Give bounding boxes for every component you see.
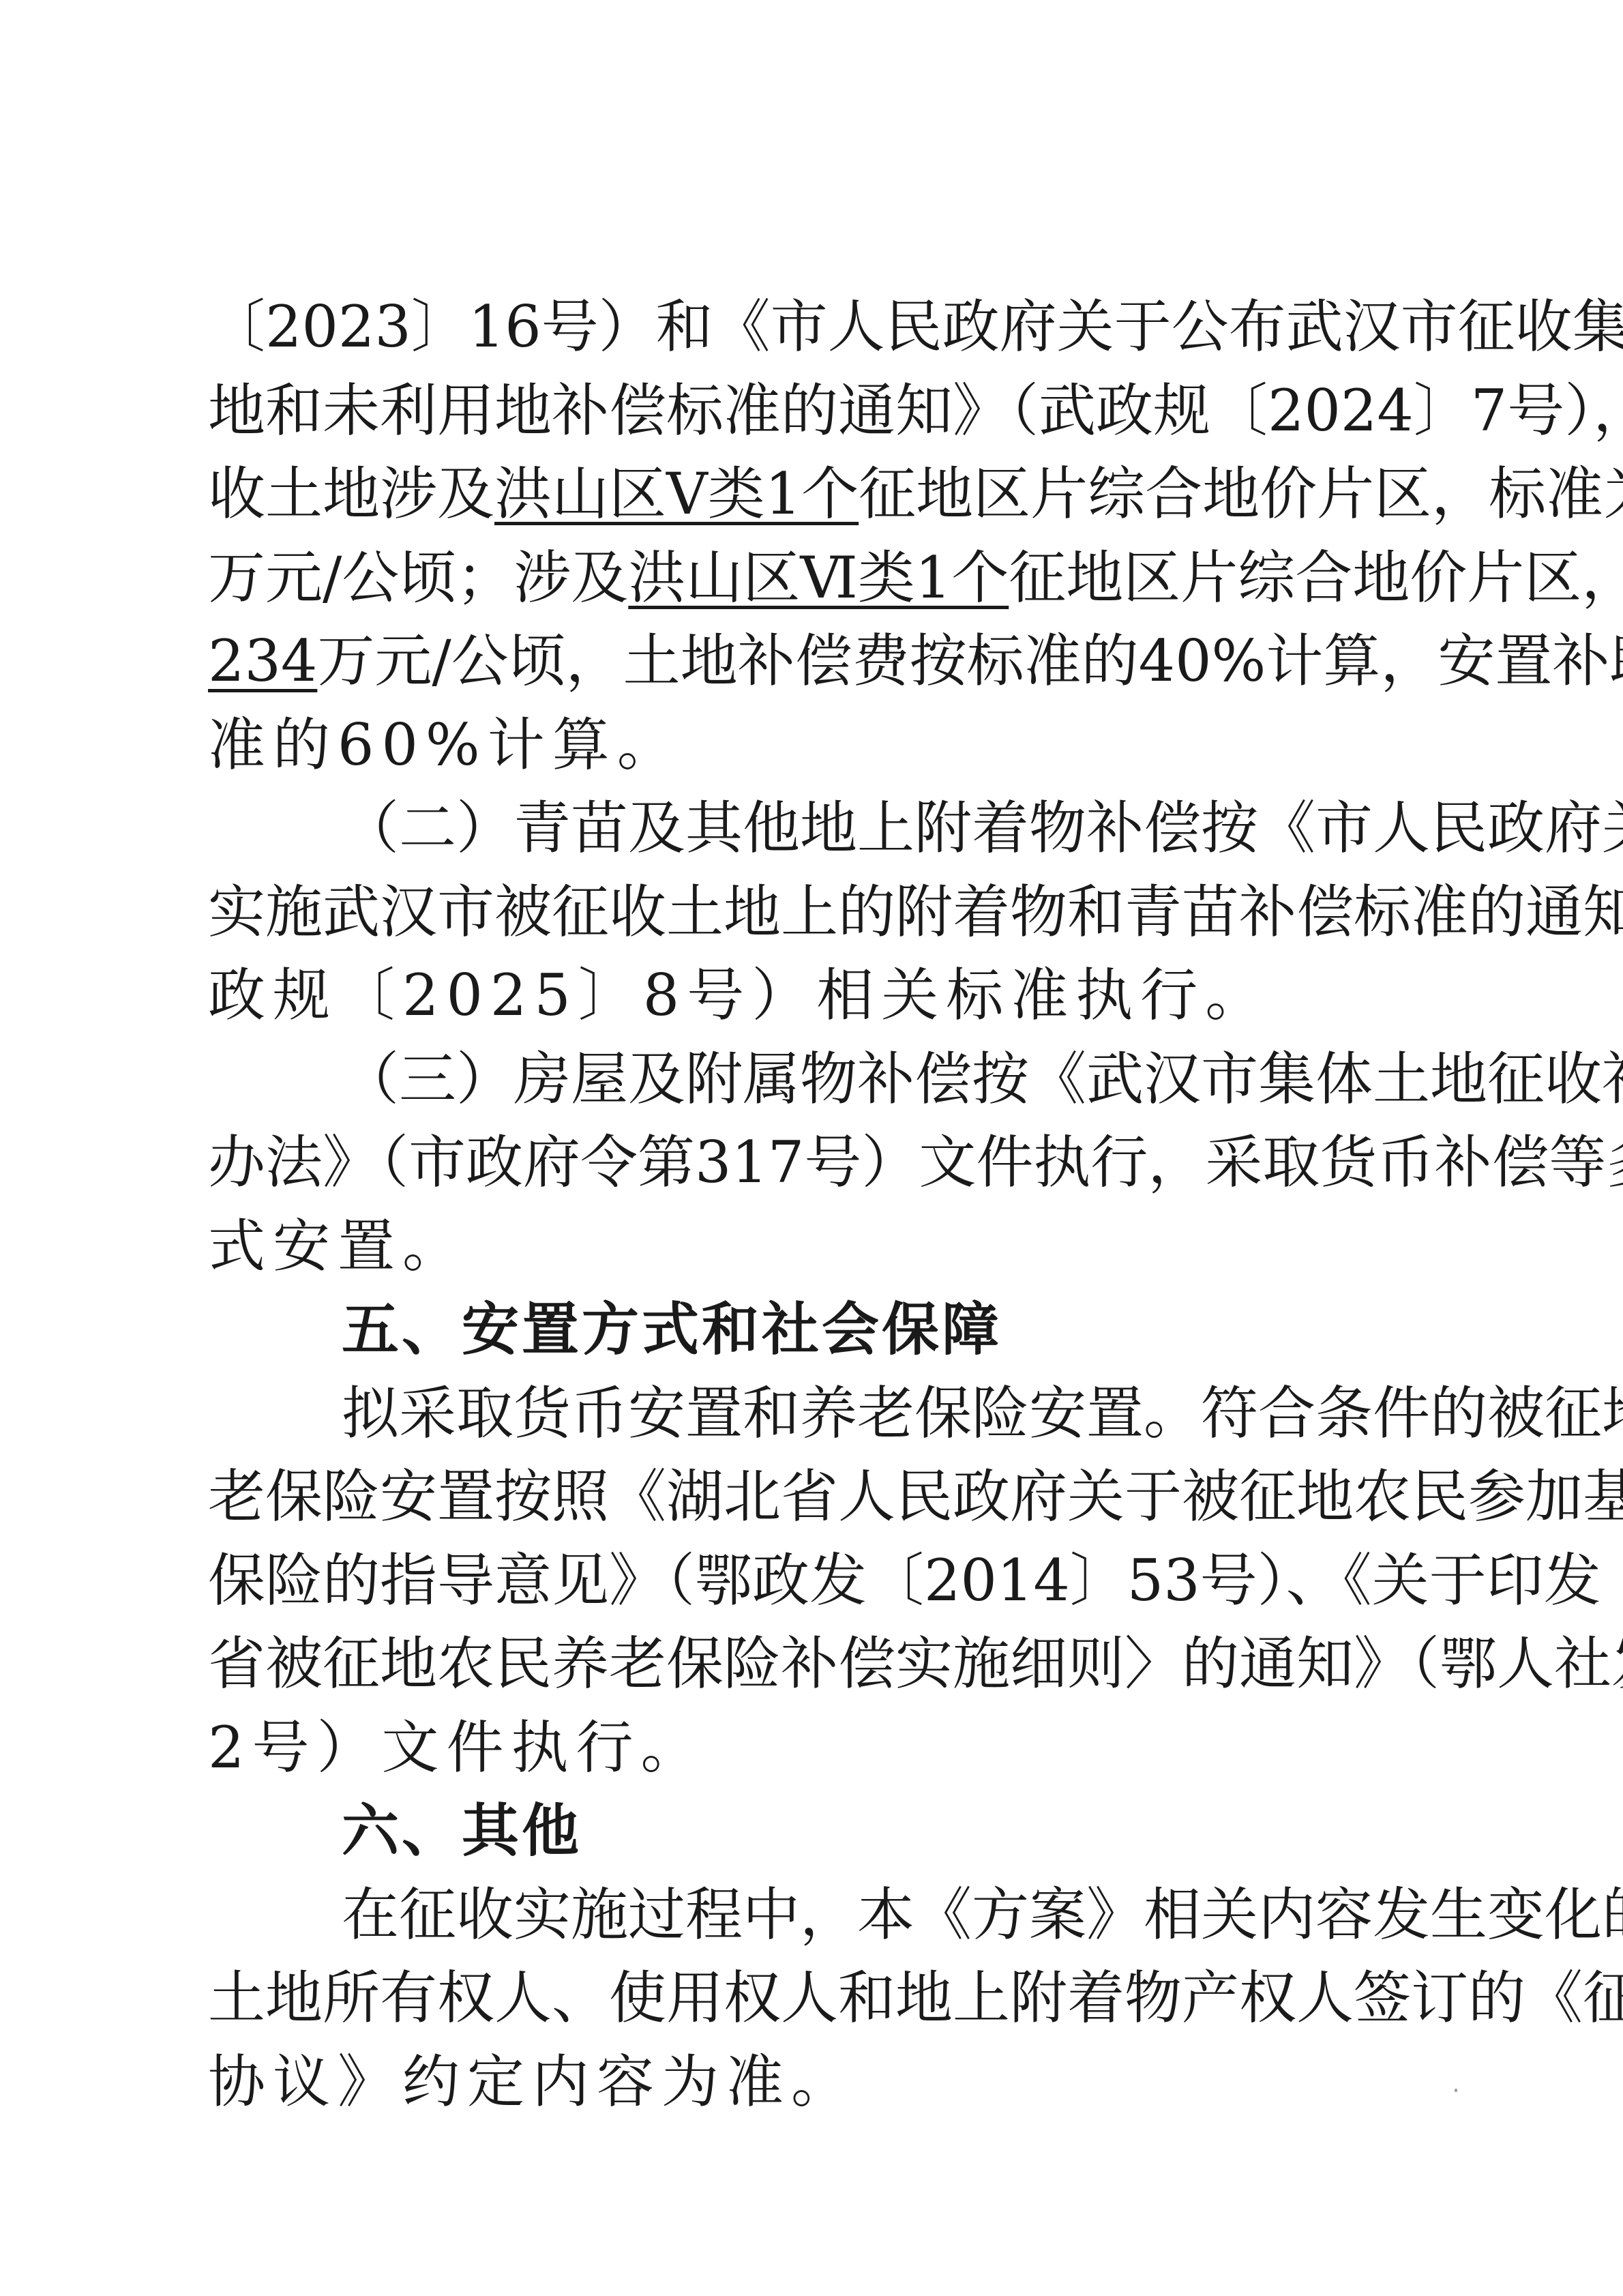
scan-speck [1455,2089,1457,2092]
text-line: 土地所有权人、使用权人和地上附着物产权人签订的《征地补偿 [208,1956,1412,2040]
text-line: 老保险安置按照《湖北省人民政府关于被征地农民参加基本养老 [208,1455,1412,1539]
underlined-value: 洪山区Ⅵ类1个 [628,544,1009,611]
text-line: 省被征地农民养老保险补偿实施细则〉的通知》（鄂人社发〔2015〕 [208,1622,1412,1706]
text-line: 在征收实施过程中，本《方案》相关内容发生变化的，以与 [208,1873,1412,1957]
text-line: 234万元/公顷，土地补偿费按标准的40%计算，安置补助费按标 [208,619,1412,703]
text-line: （二）青苗及其他地上附着物补偿按《市人民政府关于继续 [208,786,1412,870]
text-line: 2号）文件执行。 [208,1706,1412,1790]
underlined-value: 洪山区Ⅴ类1个 [494,460,859,527]
text-line: 拟采取货币安置和养老保险安置。符合条件的被征地农民养 [208,1372,1412,1456]
text-line: 实施武汉市被征收土地上的附着物和青苗补偿标准的通知》（武 [208,870,1412,954]
underlined-value: 234 [208,628,317,694]
document-page: 〔2023〕16号）和《市人民政府关于公布武汉市征收集体建设用 地和未利用地补偿… [208,285,1412,2123]
text-line: 〔2023〕16号）和《市人民政府关于公布武汉市征收集体建设用 [208,285,1412,369]
text-line: 协议》约定内容为准。 [208,2040,1412,2124]
text-line: （三）房屋及附属物补偿按《武汉市集体土地征收补偿安置 [208,1037,1412,1121]
text-line: 万元/公顷；涉及洪山区Ⅵ类1个征地区片综合地价片区，标准为 [208,536,1412,620]
section-heading: 六、其他 [208,1789,1412,1873]
text-line: 办法》（市政府令第317号）文件执行，采取货币补偿等多种方 [208,1121,1412,1205]
text-line: 准的60%计算。 [208,703,1412,787]
text-line: 收土地涉及洪山区Ⅴ类1个征地区片综合地价片区，标准为298.5 [208,452,1412,536]
text-line: 政规〔2025〕8号）相关标准执行。 [208,954,1412,1037]
text-line: 式安置。 [208,1205,1412,1289]
text-line: 地和未利用地补偿标准的通知》（武政规〔2024〕7号），拟征 [208,369,1412,453]
section-heading: 五、安置方式和社会保障 [208,1288,1412,1372]
text-line: 保险的指导意见》（鄂政发〔2014〕53号）、《关于印发〈湖北 [208,1539,1412,1623]
